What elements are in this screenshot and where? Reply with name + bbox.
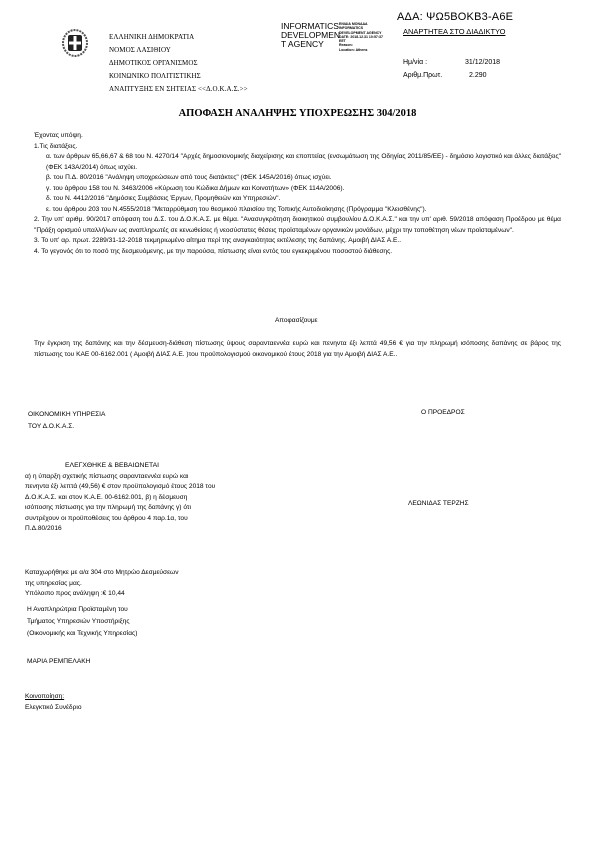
registration-line: της υπηρεσίας μας.	[25, 579, 179, 590]
clause-4: 4. Το γεγονός ότι το ποσό της δεσμευόμεν…	[34, 247, 561, 258]
considerations: Έχοντας υπόψη. 1.Τις διατάξεις. α. των ά…	[34, 131, 561, 257]
verification-line: συντρέχουν οι προϋποθέσεις του άρθρου 4 …	[25, 514, 285, 525]
clause-1e: ε. του άρθρου 203 του Ν.4555/2018 "Μεταρ…	[34, 205, 561, 216]
digital-signature-stamp: INFORMATICS DEVELOPMEN T AGENCY	[281, 22, 340, 49]
greek-coat-of-arms-icon	[62, 29, 88, 57]
president-title: Ο ΠΡΟΕΔΡΟΣ	[421, 409, 465, 416]
issuer-line: ΚΟΙΝΩΝΙΚΟ ΠΟΛΙΤΙΣΤΙΚΗΣ	[109, 70, 248, 83]
deputy-block: Η Αναπληρώτρια Προϊσταμένη του Τμήματος …	[27, 604, 137, 640]
financial-service: ΟΙΚΟΝΟΜΙΚΗ ΥΠΗΡΕΣΙΑ ΤΟΥ Δ.Ο.Κ.Α.Σ.	[28, 409, 105, 433]
clause-1d: δ. του Ν. 4412/2016 "Δημόσιες Συμβάσεις …	[34, 194, 561, 205]
clause-1: 1.Τις διατάξεις.	[34, 142, 561, 153]
president-name: ΛΕΩΝΙΔΑΣ ΤΕΡΖΗΣ	[408, 500, 469, 507]
registration-line: Υπόλοιπο προς ανάληψη :€ 10,44	[25, 589, 179, 600]
protocol-value: 2.290	[465, 69, 487, 82]
verification-line: ισόποσης πίστωσης για την πληρωμή της δα…	[25, 503, 285, 514]
signature-line: Location: Athens	[339, 48, 397, 52]
notification-label: Κοινοποίηση:	[25, 691, 82, 702]
decision-heading: Αποφασίζουμε	[275, 317, 318, 324]
deputy-name: ΜΑΡΙΑ ΡΕΜΠΕΛΑΚΗ	[27, 658, 90, 665]
agency-line: T AGENCY	[281, 40, 340, 49]
clause-1b: β. του Π.Δ. 80/2016 "Ανάληψη υποχρεώσεων…	[34, 173, 561, 184]
verification-line: Π.Δ.80/2016	[25, 524, 285, 535]
issuer-line: ΔΗΜΟΤΙΚΟΣ ΟΡΓΑΝΙΣΜΟΣ	[109, 57, 248, 70]
registration-line: Καταχωρήθηκε με α/α 304 στο Μητρώο Δεσμε…	[25, 568, 179, 579]
deputy-line: Τμήματος Υπηρεσιών Υποστήριξης	[27, 616, 137, 628]
issuer-line: ΝΟΜΟΣ ΛΑΣΙΘΙΟΥ	[109, 44, 248, 57]
intro-text: Έχοντας υπόψη.	[34, 131, 561, 142]
deputy-line: (Οικονομικής και Τεχνικής Υπηρεσίας)	[27, 628, 137, 640]
protocol-label: Αριθμ.Πρωτ.	[403, 69, 465, 82]
financial-line: ΤΟΥ Δ.Ο.Κ.Α.Σ.	[28, 421, 105, 433]
signature-details: ΕΝΙΑΙΑ ΜΟΝΑΔΑ INFORMATICS DEVELOPMENT AG…	[339, 22, 397, 52]
notification-recipient: Ελεγκτικό Συνέδριο	[25, 702, 82, 713]
verification-line: πενηντα έξι λεπτά (49,56) € στον προϋπολ…	[25, 482, 285, 493]
verification-line: Δ.Ο.Κ.Α.Σ. και στον Κ.Α.Ε. 00-6162.001, …	[25, 493, 285, 504]
clause-2: 2. Την υπ' αριθμ. 90/2017 απόφαση του Δ.…	[34, 215, 561, 236]
issuer-line: ΕΛΛΗΝΙΚΗ ΔΗΜΟΚΡΑΤΙΑ	[109, 31, 248, 44]
verification-heading: ΕΛΕΓΧΘΗΚΕ & ΒΕΒΑΙΩΝΕΤΑΙ	[25, 461, 285, 472]
notification-block: Κοινοποίηση: Ελεγκτικό Συνέδριο	[25, 691, 82, 713]
registration-block: Καταχωρήθηκε με α/α 304 στο Μητρώο Δεσμε…	[25, 568, 179, 600]
financial-line: ΟΙΚΟΝΟΜΙΚΗ ΥΠΗΡΕΣΙΑ	[28, 409, 105, 421]
clause-1c: γ. του άρθρου 158 του Ν. 3463/2006 «Κύρω…	[34, 184, 561, 195]
posting-note: ΑΝΑΡΤΗΤΕΑ ΣΤΟ ΔΙΑΔΙΚΤΥΟ	[403, 27, 505, 36]
date-label: Ημ/νία :	[403, 56, 465, 69]
clause-1a: α. των άρθρων 65,66,67 & 68 του Ν. 4270/…	[34, 152, 561, 173]
ada-code: ΑΔΑ: ΨΩ5ΒΟΚΒ3-Α6Ε	[397, 11, 513, 23]
issuer-block: ΕΛΛΗΝΙΚΗ ΔΗΜΟΚΡΑΤΙΑ ΝΟΜΟΣ ΛΑΣΙΘΙΟΥ ΔΗΜΟΤ…	[109, 31, 248, 96]
verification-block: ΕΛΕΓΧΘΗΚΕ & ΒΕΒΑΙΩΝΕΤΑΙ α) η ύπαρξη σχετ…	[25, 461, 285, 535]
decision-text: Την έγκριση της δαπάνης και την δέσμευση…	[34, 339, 561, 360]
clause-3: 3. Το υπ' αρ. πρωτ. 2289/31-12-2018 τεκμ…	[34, 236, 561, 247]
issuer-line: ΑΝΑΠΤΥΞΗΣ ΕΝ ΣΗΤΕΙΑΣ <<Δ.Ο.Κ.Α.Σ.>>	[109, 83, 248, 96]
date-value: 31/12/2018	[465, 56, 500, 69]
deputy-line: Η Αναπληρώτρια Προϊσταμένη του	[27, 604, 137, 616]
page-title: ΑΠΟΦΑΣΗ ΑΝΑΛΗΨΗΣ ΥΠΟΧΡΕΩΣΗΣ 304/2018	[0, 108, 595, 119]
document-meta: Ημ/νία :31/12/2018 Αριθμ.Πρωτ.2.290	[403, 56, 500, 82]
verification-line: α) η ύπαρξη σχετικής πίστωσης σαρανταενν…	[25, 472, 285, 483]
